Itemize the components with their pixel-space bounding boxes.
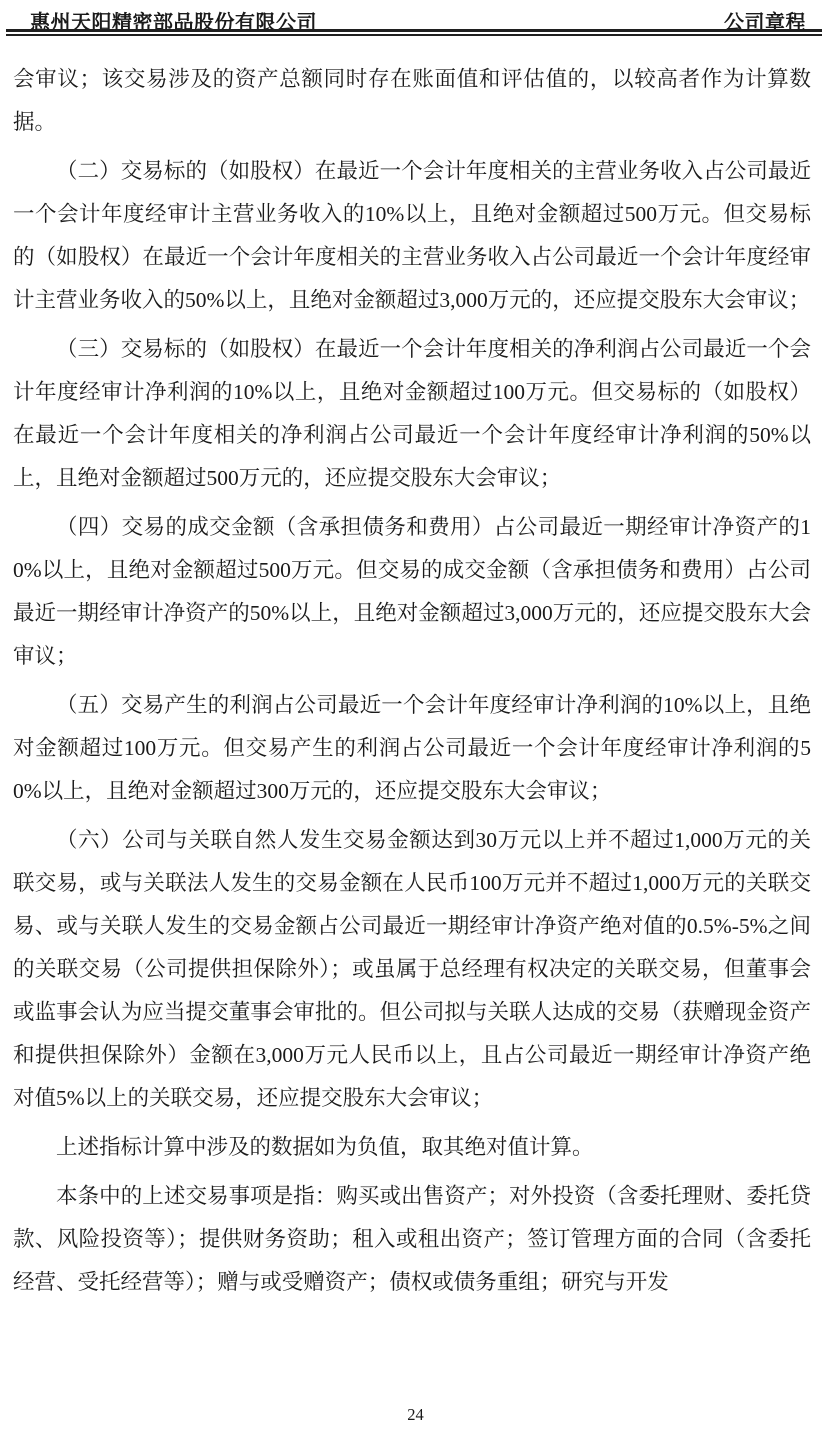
paragraph-item-5: （五）交易产生的利润占公司最近一个会计年度经审计净利润的10%以上，且绝对金额超… [13, 684, 811, 813]
header-divider-thin-line [6, 34, 822, 36]
paragraph-item-2: （二）交易标的（如股权）在最近一个会计年度相关的主营业务收入占公司最近一个会计年… [13, 150, 811, 322]
paragraph-transaction-definitions: 本条中的上述交易事项是指：购买或出售资产；对外投资（含委托理财、委托贷款、风险投… [13, 1175, 811, 1304]
page-number: 24 [407, 1405, 424, 1424]
header-divider [6, 29, 822, 36]
paragraph-note-absolute-value: 上述指标计算中涉及的数据如为负值，取其绝对值计算。 [13, 1126, 811, 1169]
paragraph-continuation: 会审议；该交易涉及的资产总额同时存在账面值和评估值的，以较高者作为计算数据。 [13, 58, 811, 144]
page-footer: 24 [0, 1405, 831, 1425]
paragraph-item-6: （六）公司与关联自然人发生交易金额达到30万元以上并不超过1,000万元的关联交… [13, 819, 811, 1120]
document-body: 会审议；该交易涉及的资产总额同时存在账面值和评估值的，以较高者作为计算数据。 （… [13, 58, 811, 1310]
paragraph-item-3: （三）交易标的（如股权）在最近一个会计年度相关的净利润占公司最近一个会计年度经审… [13, 328, 811, 500]
paragraph-item-4: （四）交易的成交金额（含承担债务和费用）占公司最近一期经审计净资产的10%以上，… [13, 506, 811, 678]
document-page: 惠州天阳精密部品股份有限公司 公司章程 会审议；该交易涉及的资产总额同时存在账面… [0, 0, 831, 1434]
